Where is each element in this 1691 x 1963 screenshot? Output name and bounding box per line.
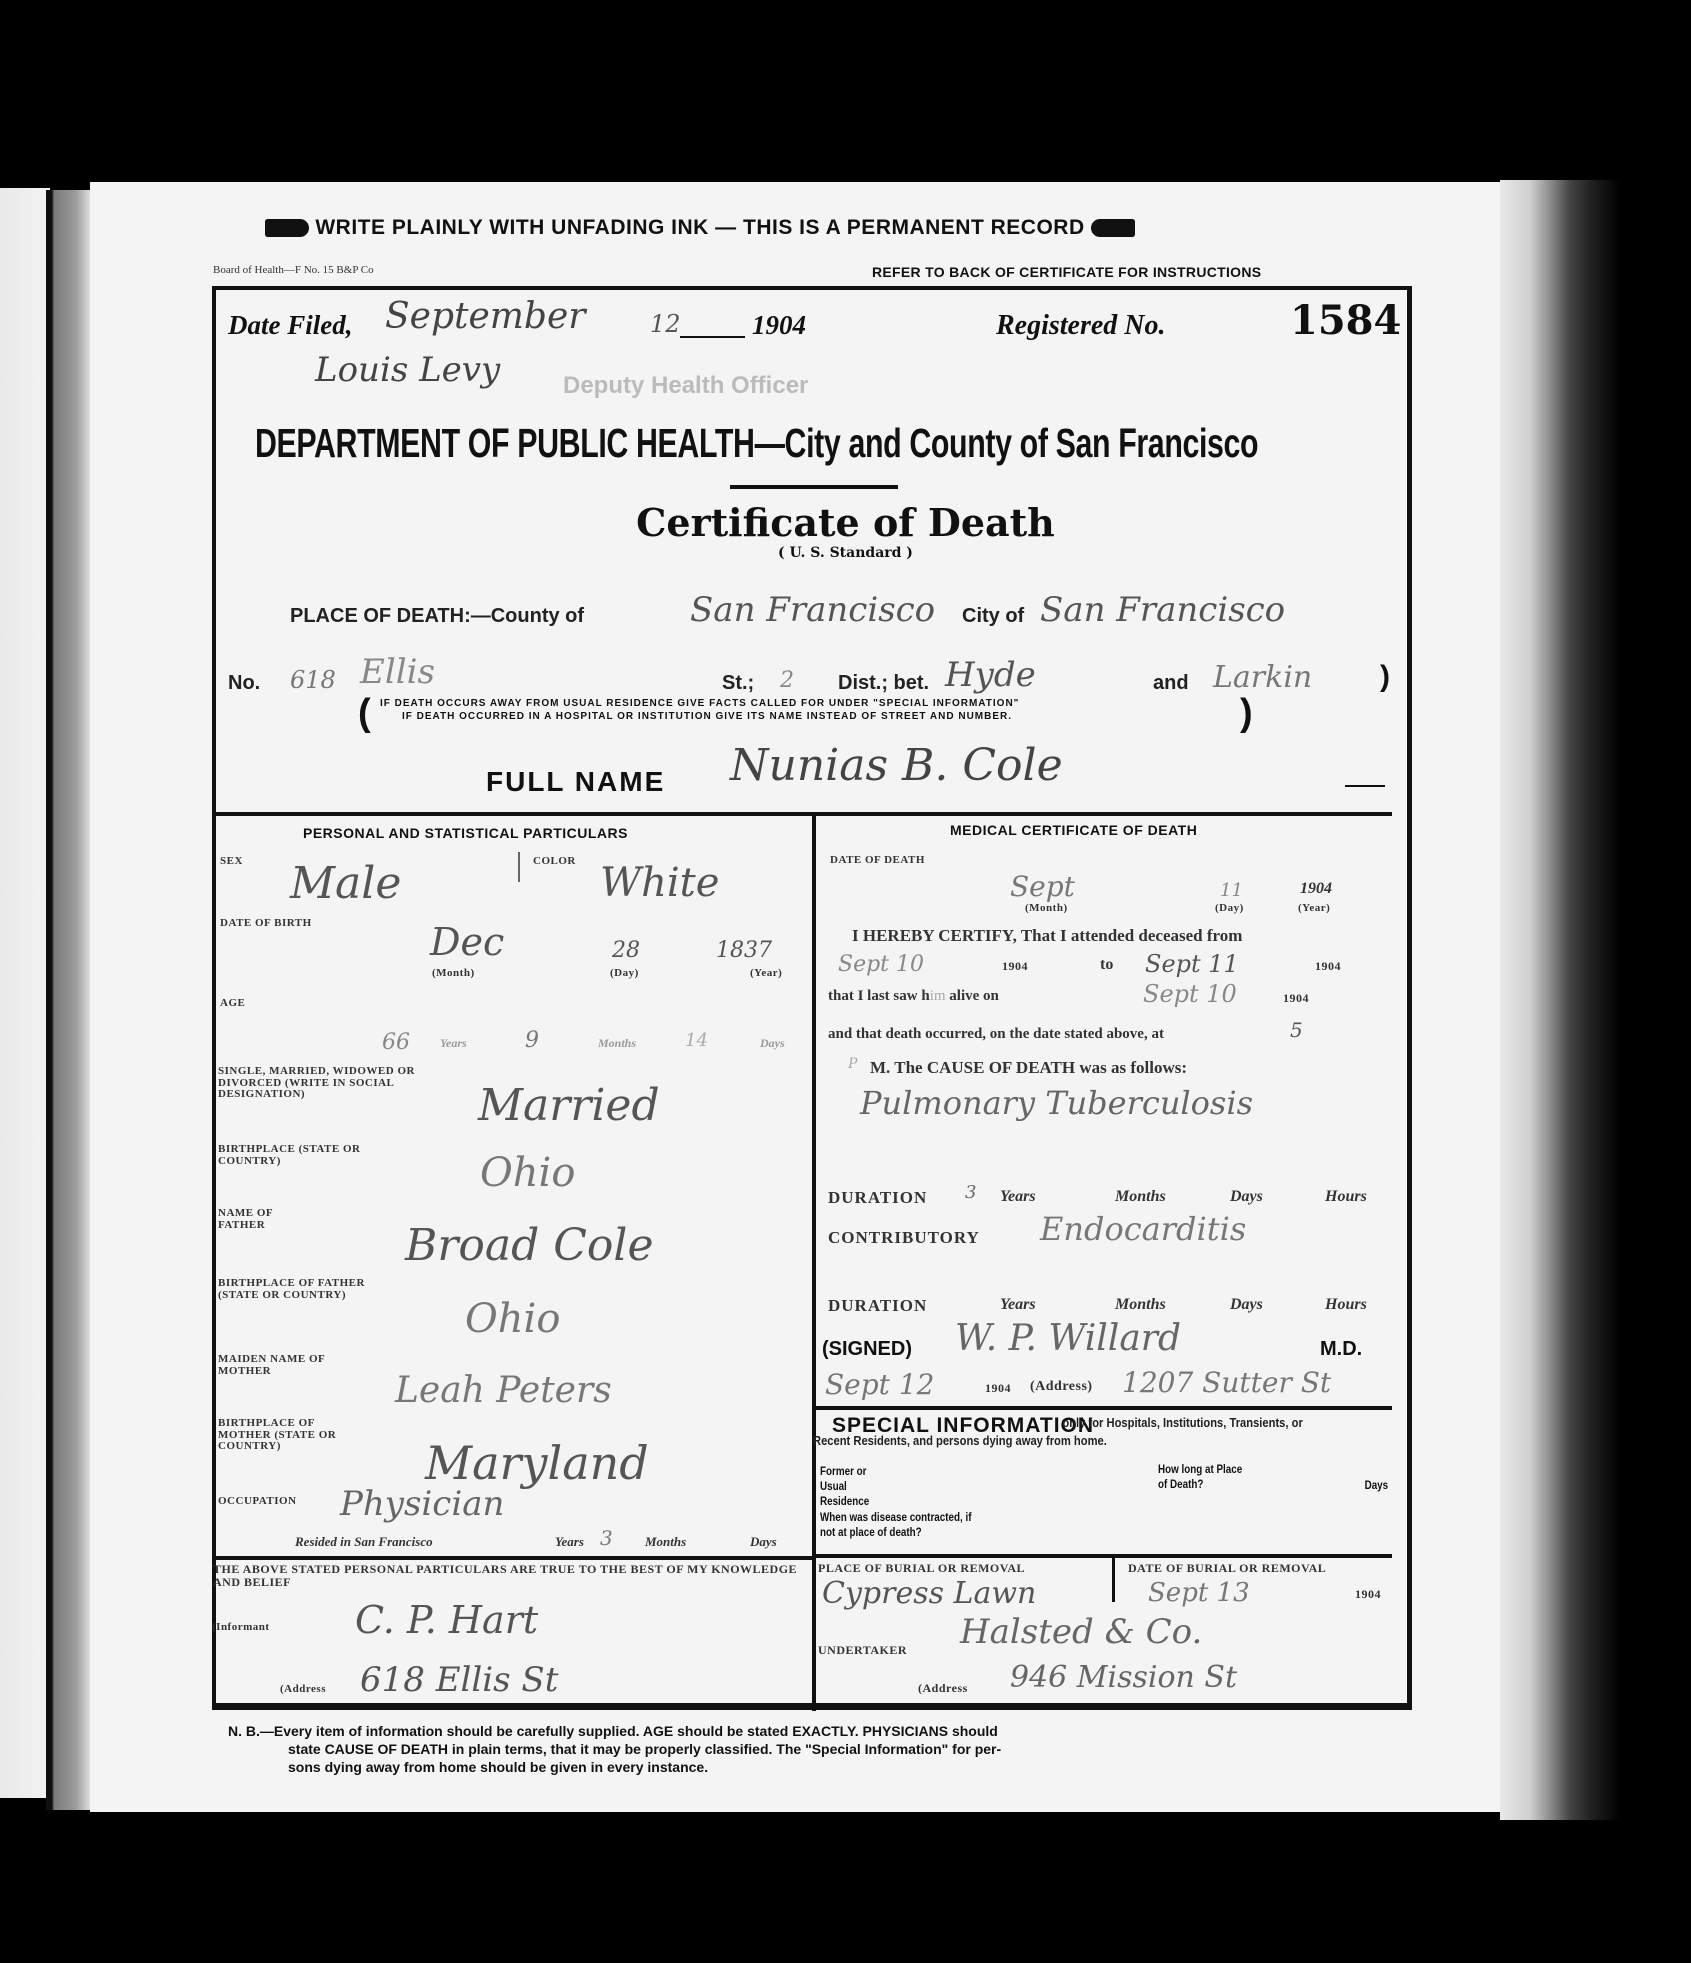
dob-day: 28 [612,938,640,963]
field-divider [518,852,520,882]
cause-label: M. The CAUSE OF DEATH was as follows: [870,1058,1187,1078]
color-label: COLOR [533,856,576,868]
burial-date-label: DATE of BURIAL or REMOVAL [1128,1562,1326,1575]
section-divider [812,1406,1392,1410]
street-no-label: No. [228,672,260,695]
duration2-months-caption: Months [1115,1296,1166,1314]
nb-line-2: state CAUSE OF DEATH in plain terms, tha… [228,1740,1318,1758]
mother-maiden-name-value: Leah Peters [395,1370,612,1411]
duration2-years-caption: Years [1000,1296,1036,1314]
sex-value: Male [290,858,401,909]
marital-value: Married [478,1080,660,1131]
informant-address-label: (Address [280,1684,326,1696]
age-label: AGE [220,998,245,1010]
date-of-death-label: DATE OF DEATH [830,855,925,867]
attended-to: Sept 11 [1145,950,1239,978]
burial-place-label: PLACE OF BURIAL OR REMOVAL [818,1562,1025,1575]
special-info-note: only for Hospitals, Institutions, Transi… [813,1414,1308,1450]
burial-place: Cypress Lawn [822,1576,1036,1611]
dod-month-caption: (Month) [1025,903,1068,915]
book-page-edges [1500,180,1620,1820]
close-paren: ) [1240,692,1253,735]
undertaker-address: 946 Mission St [1010,1660,1237,1695]
last-saw-year: 1904 [1283,992,1309,1005]
form-reference: Board of Health—F No. 15 B&P Co [213,264,374,276]
date-filed-day: 12 [650,310,681,338]
age-months-caption: Months [598,1036,636,1051]
resided-months-caption: Months [645,1534,686,1550]
resided-years-caption: Years [555,1534,584,1550]
death-hour: 5 [1290,1018,1303,1042]
section-divider [812,1554,1392,1558]
informant-label: (Informant [212,1622,270,1634]
age-days-caption: Days [760,1036,785,1051]
birthplace-value: Ohio [480,1150,575,1196]
full-name-label: FULL NAME [486,766,665,798]
dod-year-caption: (Year) [1298,903,1330,915]
how-long-label: How long at Place of Death? [1158,1462,1248,1492]
disease-contracted-label: When was disease contracted, if not at p… [820,1510,976,1540]
attended-from-year: 1904 [1002,960,1028,973]
registered-no-label: Registered No. [996,310,1166,342]
contributory-label: CONTRIBUTORY [828,1228,980,1248]
banner-text: WRITE PLAINLY WITH UNFADING INK — THIS I… [315,216,1084,239]
father-name-value: Broad Cole [405,1220,654,1271]
column-divider [812,816,816,1711]
signed-label: (SIGNED) [822,1338,912,1361]
city-value: San Francisco [1040,590,1285,630]
dob-year-caption: (Year) [750,968,782,980]
physician-address: 1207 Sutter St [1122,1366,1331,1399]
mother-birthplace-value: Maryland [425,1436,649,1490]
age-days: 14 [685,1030,708,1051]
alive-on-text: alive on [949,988,999,1004]
duration2-days-caption: Days [1230,1296,1263,1314]
duration-days-caption: Days [1230,1188,1263,1206]
street-number: 618 [290,666,336,694]
certificate-title: Certificate of Death [0,500,1691,545]
informant-statement: THE ABOVE STATED PERSONAL PARTICULARS AR… [213,1563,803,1589]
residence-note-1: IF DEATH OCCURS AWAY FROM USUAL RESIDENC… [380,698,1019,709]
residence-note-2: IF DEATH OCCURRED IN A HOSPITAL OR INSTI… [402,711,1012,722]
father-birthplace-value: Ohio [465,1296,560,1342]
undertaker-name: Halsted & Co. [960,1612,1202,1652]
dod-day-caption: (Day) [1215,903,1244,915]
last-saw-label: that I last saw him alive on [828,988,999,1005]
color-value: White [600,860,719,906]
burial-year: 1904 [1355,1588,1381,1601]
to-label: to [1100,956,1113,974]
dod-day: 11 [1220,880,1243,901]
resided-years: 3 [600,1526,613,1550]
how-long-days-caption: Days [1365,1478,1389,1492]
district-value: 2 [780,668,794,693]
duration2-label: DURATION [828,1296,927,1316]
occupation-value: Physician [340,1484,504,1524]
informant-address: 618 Ellis St [360,1660,558,1700]
close-paren: ) [1380,660,1390,694]
between-street-1: Hyde [945,655,1036,695]
department-title: DEPARTMENT OF PUBLIC HEALTH—City and Cou… [255,420,1258,467]
ampm-value: P [848,1056,857,1072]
burial-date: Sept 13 [1148,1578,1250,1608]
ink-warning-banner: WRITE PLAINLY WITH UNFADING INK — THIS I… [265,216,1135,240]
officer-title-stamp: Deputy Health Officer [563,372,808,400]
death-time-label: and that death occurred, on the date sta… [828,1026,1164,1043]
certificate-standard: ( U. S. Standard ) [0,545,1691,561]
md-label: M.D. [1320,1338,1362,1361]
pointing-hand-icon [265,219,309,237]
last-saw-pronoun: im [930,988,946,1004]
father-birthplace-label: BIRTHPLACE OF FATHER (State or Country) [218,1278,368,1301]
dob-day-caption: (Day) [610,968,639,980]
personal-heading: PERSONAL AND STATISTICAL PARTICULARS [303,825,628,841]
duration-years-caption: Years [1000,1188,1036,1206]
attended-to-year: 1904 [1315,960,1341,973]
duration2-hours-caption: Hours [1325,1296,1367,1314]
signed-date: Sept 12 [825,1368,934,1401]
date-filed-label: Date Filed, [228,310,352,341]
open-paren: ( [358,692,371,735]
section-divider [212,812,1392,816]
age-years: 66 [382,1030,410,1055]
section-divider [212,1556,812,1560]
resided-label: Resided in San Francisco [295,1534,433,1550]
street-label: St.; [722,672,754,695]
resided-days-caption: Days [750,1534,777,1550]
between-street-2: Larkin [1213,660,1312,695]
marital-label: SINGLE, MARRIED, WIDOWED OR DIVORCED (Wr… [218,1066,448,1101]
occupation-label: OCCUPATION [218,1496,297,1508]
attended-from: Sept 10 [838,952,924,977]
fill-line [1345,785,1385,787]
cause-of-death: Pulmonary Tuberculosis [860,1084,1253,1122]
duration-label: DURATION [828,1188,927,1208]
dob-month-caption: (Month) [432,968,475,980]
sex-label: SEX [220,856,243,868]
dob-label: DATE OF BIRTH [220,918,312,930]
nb-footnote: N. B.—Every item of information should b… [228,1722,1318,1776]
and-label: and [1153,672,1189,695]
place-of-death-label: PLACE OF DEATH:—County of [290,605,584,628]
facing-page [0,188,50,1798]
nb-line-3: sons dying away from home should be give… [228,1758,1318,1776]
nb-line-1: N. B.—Every item of information should b… [228,1722,1318,1740]
father-name-label: NAME OF FATHER [218,1208,318,1231]
contributory-cause: Endocarditis [1040,1210,1246,1248]
undertaker-address-label: (Address [918,1682,968,1695]
certify-statement: I HEREBY CERTIFY, That I attended deceas… [852,926,1242,946]
title-rule [730,485,898,489]
birthplace-label: BIRTHPLACE (State or Country) [218,1144,368,1167]
medical-heading: MEDICAL CERTIFICATE OF DEATH [950,822,1197,838]
dob-month: Dec [430,920,504,964]
county-value: San Francisco [690,590,935,630]
last-saw-date: Sept 10 [1143,980,1237,1008]
pointing-hand-icon [1091,219,1135,237]
dod-month: Sept [1010,870,1075,903]
duration-hours-caption: Hours [1325,1188,1367,1206]
age-months: 9 [525,1028,539,1053]
dob-year: 1837 [716,938,772,963]
signed-year: 1904 [985,1382,1011,1395]
city-label: City of [962,605,1024,628]
age-years-caption: Years [440,1036,467,1051]
informant-name: C. P. Hart [355,1598,538,1642]
duration-months-caption: Months [1115,1188,1166,1206]
street-name: Ellis [360,652,435,692]
dod-year: 1904 [1300,880,1332,898]
undertaker-label: UNDERTAKER [818,1644,907,1657]
officer-signature: Louis Levy [315,350,500,390]
book-gutter [46,190,92,1810]
field-divider [1112,1558,1115,1602]
date-filed-month: September [385,296,585,337]
date-filed-year: 1904 [752,310,806,341]
full-name-value: Nunias B. Cole [730,740,1063,791]
mother-birthplace-label: BIRTHPLACE OF MOTHER (State or Country) [218,1418,368,1453]
fill-line [680,336,745,338]
instructions-note: REFER TO BACK OF CERTIFICATE FOR INSTRUC… [872,264,1261,280]
physician-signature: W. P. Willard [955,1318,1181,1359]
physician-address-label: (Address) [1030,1380,1093,1395]
duration-years: 3 [965,1182,976,1203]
former-residence-label: Former or Usual Residence [820,1464,894,1509]
mother-maiden-name-label: MAIDEN NAME OF MOTHER [218,1354,368,1377]
district-label: Dist.; bet. [838,672,929,695]
last-saw-text: that I last saw h [828,988,930,1004]
registered-number: 1584 [1290,297,1401,344]
